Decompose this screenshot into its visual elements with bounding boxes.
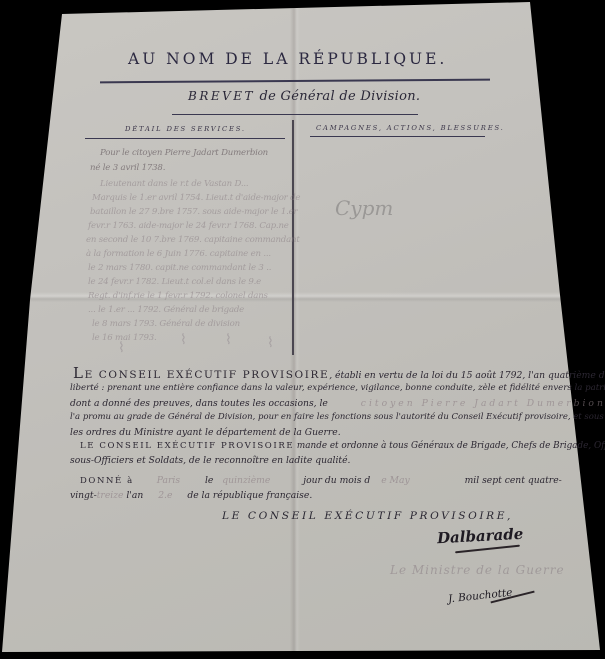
service-line: Pour le citoyen Pierre Jadart Dumerbion [100,148,268,158]
service-line: à la formation le 6 Juin 1776. capitaine… [86,249,271,259]
service-line: Regt. d'inf.rie le 1 fevr.r 1792. colone… [88,291,268,301]
column-heading-services: DÉTAIL DES SERVICES. [125,125,246,133]
given-line-2: vingt-treize l'an 2.e de la république f… [70,490,312,501]
flourish-mark: ⌇ [267,335,274,351]
paragraph-2-line-1: LE CONSEIL EXÉCUTIF PROVISOIRE mande et … [80,441,605,451]
given-an-number: 2.e [158,490,172,501]
paragraph-1-line-5: les ordres du Ministre ayant le départem… [70,427,341,438]
pencil-annotation: Cypm [335,196,393,220]
paragraph-1-line-2: liberté : prenant une entière confiance … [70,383,605,393]
subtitle-brevet: BREVET [188,89,255,103]
paragraph-1-line-3: dont a donné des preuves, dans toutes le… [70,398,605,409]
left-column-rule [85,138,285,139]
flourish-mark: ⌇ [225,332,232,348]
service-line: le 2 mars 1780. capit.ne commandant le 3… [88,263,271,273]
right-column-rule [310,136,485,137]
given-month: e May [381,475,409,486]
document-title: AU NOM DE LA RÉPUBLIQUE. [128,50,447,68]
given-place: Paris [157,475,180,486]
given-year: treize [97,490,124,501]
column-heading-campaigns: CAMPAGNES, ACTIONS, BLESSURES. [316,124,505,132]
service-line: le 8 mars 1793. Général de division [92,319,240,329]
footer-council-title: LE CONSEIL EXÉCUTIF PROVISOIRE, [222,510,513,522]
service-line: ... le 1.er ... 1792. Général de brigade [88,305,244,315]
service-line: bataillon le 27 9.bre 1757. sous aide-ma… [90,207,297,217]
service-line: né le 3 avril 1738. [90,163,165,173]
council-lead: LLE CONSEIL EXÉCUTIF PROVISOIREE CONSEIL… [73,369,329,381]
service-line: fevr.r 1763. aide-major le 24 fevr.r 176… [88,221,289,231]
service-line: le 24 fevr.r 1782. Lieut.t col.el dans l… [88,277,261,287]
flourish-mark: ⌇ [118,340,125,356]
paragraph-1-line-1: LLE CONSEIL EXÉCUTIF PROVISOIREE CONSEIL… [73,364,605,382]
service-line: Marquis le 1.er avril 1754. Lieut.t d'ai… [92,193,300,203]
given-line-1: DONNÉ à Paris le quinzième jour du mois … [80,475,562,486]
paragraph-2-line-2: sous-Officiers et Soldats, de le reconno… [70,455,350,466]
given-day: quinzième [222,475,270,486]
service-line: Lieutenant dans le r.t de Vastan D... [100,179,248,189]
subtitle-rule [172,114,418,115]
recipient-name: citoyen Pierre Jadart Dumerbion [361,398,605,409]
council-lead-2: LE CONSEIL EXÉCUTIF PROVISOIRE [80,441,294,451]
subtitle-rest: de Général de Division. [259,89,420,104]
service-line: en second le 10 7.bre 1769. capitaine co… [86,235,300,245]
flourish-mark: ⌇ [180,332,187,348]
paragraph-1-line-4: l'a promu au grade de Général de Divisio… [70,412,604,422]
document-subtitle: BREVET de Général de Division. [188,89,420,104]
minister-line: Le Ministre de la Guerre [390,563,565,577]
